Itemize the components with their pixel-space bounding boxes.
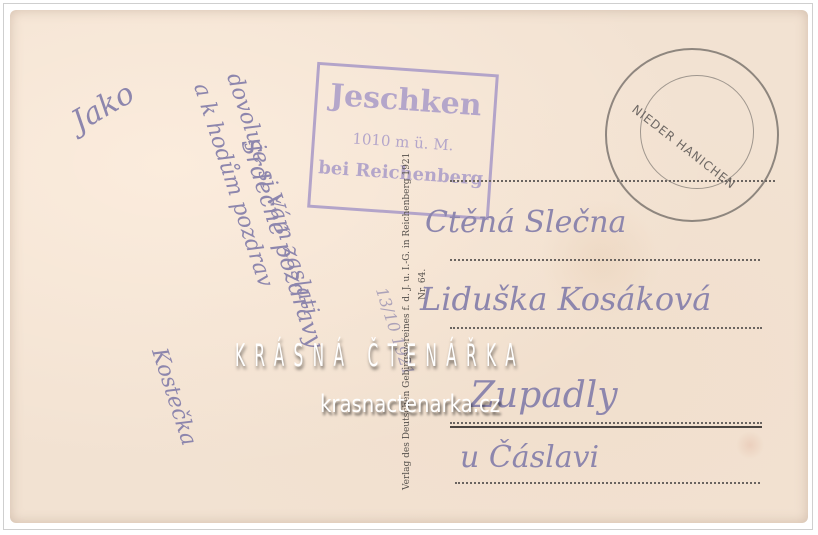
watermark-title: KRÁSNÁ ČTENÁŘKA	[235, 338, 525, 374]
address-salutation: Ctěná Slečna	[425, 205, 626, 240]
address-line	[450, 180, 775, 182]
address-line	[450, 259, 760, 261]
cachet-title: Jeschken	[317, 77, 495, 124]
address-line	[450, 327, 762, 329]
address-line	[450, 422, 762, 424]
publisher-text: Verlag des Deutschen Gebirgsvereines f. …	[402, 153, 412, 490]
address-line	[455, 482, 760, 484]
address-name: Liduška Kosáková	[420, 280, 711, 318]
cachet-location: bei Reichenberg	[312, 157, 489, 190]
watermark-url: krasnactenarka.cz	[320, 390, 500, 418]
address-region: u Čáslavi	[460, 440, 599, 475]
address-line-solid	[450, 426, 762, 428]
